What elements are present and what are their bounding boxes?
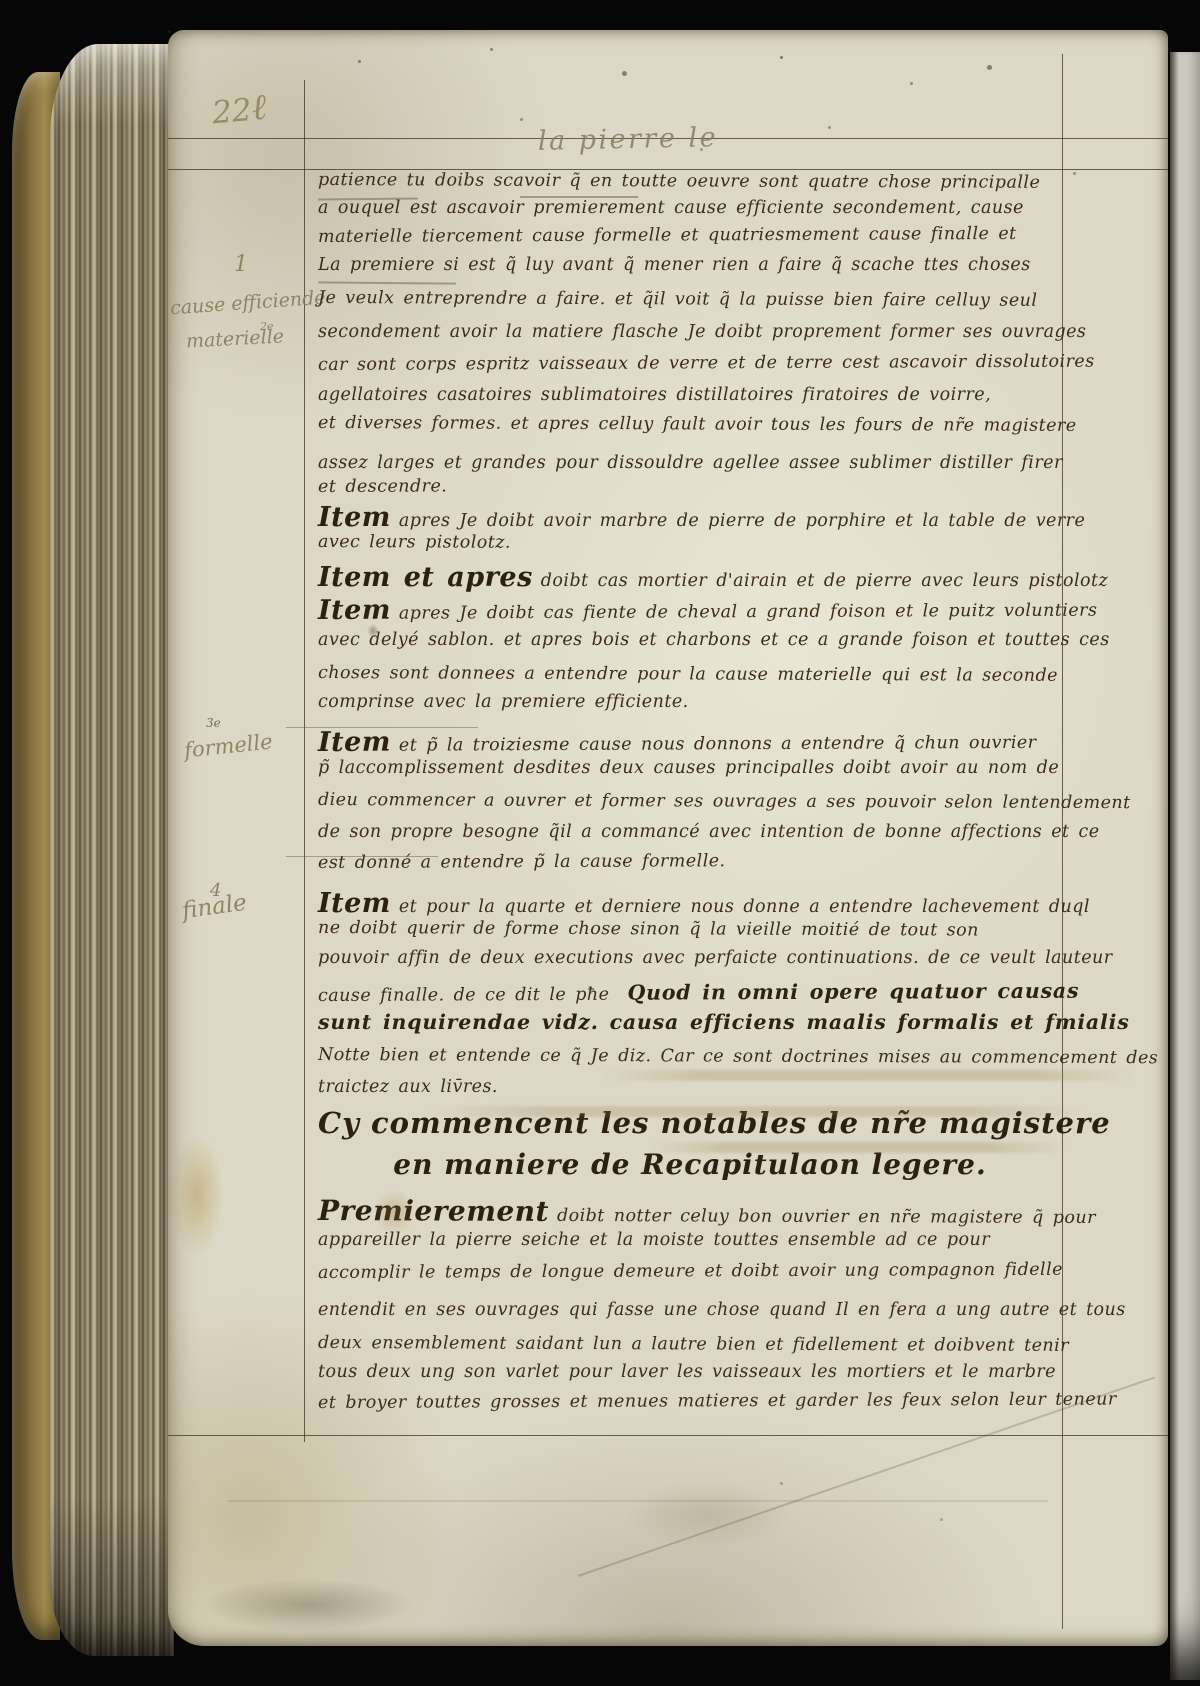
manuscript-photo: 22ℓ la pierre le 1 cause efficiende 2e m… [0, 0, 1200, 1686]
manuscript-line: et broyer touttes grosses et menues mati… [318, 1392, 1117, 1413]
manuscript-line: Item et apresdoibt cas mortier d'airain … [318, 564, 1108, 591]
manuscript-line: cause finalle. de ce dit le pħe Quod in … [318, 981, 1079, 1006]
manuscript-line: choses sont donnees a entendre pour la c… [318, 665, 1058, 685]
manuscript-line: patience tu doibs scavoir q̃ en toutte o… [318, 172, 1040, 192]
manuscript-line: appareiller la pierre seiche et la moist… [318, 1232, 990, 1250]
manuscript-line: materielle tiercement cause formelle et … [318, 226, 1017, 247]
book-page-stack [50, 44, 174, 1656]
item-initial: Item [318, 727, 391, 758]
section-heading-line-2: en maniere de Recapitulaon legere. [318, 1148, 1062, 1181]
manuscript-line: car sont corps espritz vaisseaux de verr… [318, 354, 1095, 375]
page-crease [228, 1500, 1048, 1502]
underline-mark [520, 196, 638, 198]
manuscript-line: Notte bien et entende ce q̃ Je diz. Car … [318, 1047, 1158, 1068]
item-initial: Item [318, 595, 391, 626]
manuscript-line: avec delyé sablon. et apres bois et char… [318, 632, 1110, 650]
manuscript-line: assez larges et grandes pour dissouldre … [318, 455, 1063, 473]
manuscript-line: et diverses formes. et apres celluy faul… [318, 415, 1077, 435]
item-initial: Item et apres [318, 562, 533, 593]
manuscript-line: tous deux ung son varlet pour laver les … [318, 1364, 1056, 1382]
manuscript-line: p̃ laccomplissement desdites deux causes… [318, 760, 1059, 778]
manuscript-line: et descendre. [318, 478, 447, 496]
manuscript-line: ne doibt querir de forme chose sinon q̃ … [318, 920, 979, 940]
manuscript-line: Itemapres Je doibt cas fiente de cheval … [318, 594, 1098, 624]
manuscript-line: a ouquel est ascavoir premierement cause… [318, 200, 1024, 218]
manuscript-line: est donné a entendre p̃ la cause formell… [318, 853, 726, 872]
manuscript-line: avec leurs pistolotz. [318, 534, 511, 552]
item-initial: Item [318, 888, 391, 919]
manuscript-line: pouvoir affin de deux executions avec pe… [318, 950, 1113, 968]
manuscript-line: comprinse avec la premiere efficiente. [318, 694, 689, 712]
manuscript-line: secondement avoir la matiere flasche Je … [318, 324, 1086, 342]
item-initial: Item [318, 502, 391, 533]
manuscript-line: Itemet pour la quarte et derniere nous d… [318, 890, 1090, 917]
manuscript-line: de son propre besogne q̃il a commancé av… [318, 824, 1100, 842]
ink-speckles [168, 30, 171, 33]
manuscript-line: entendit en ses ouvrages qui fasse une c… [318, 1302, 1126, 1320]
manuscript-line: dieu commencer a ouvrer et former ses ou… [318, 792, 1131, 813]
premierement-initial: Premierement [318, 1194, 549, 1228]
manuscript-page: 22ℓ la pierre le 1 cause efficiende 2e m… [168, 30, 1168, 1646]
manuscript-line: Itemapres Je doibt avoir marbre de pierr… [318, 504, 1085, 531]
section-heading-line-1: Cy commencent les notables de nr̃e magis… [318, 1106, 1062, 1140]
manuscript-line: agellatoires casatoires sublimatoires di… [318, 387, 991, 405]
manuscript-line: deux ensemblement saidant lun a lautre b… [318, 1335, 1069, 1355]
manuscript-line: accomplir le temps de longue demeure et … [318, 1262, 1063, 1283]
manuscript-line: Itemet p̃ la troiziesme cause nous donno… [318, 726, 1037, 756]
latin-quote: Quod in omni opere quatuor causas [627, 979, 1079, 1005]
next-page-edge [1170, 52, 1200, 1680]
manuscript-line: traictez aux liv̄res. [318, 1079, 498, 1097]
manuscript-line: Premierementdoibt notter celuy bon ouvri… [318, 1197, 1096, 1228]
latin-quote-line: sunt inquirendae vidz. causa efficiens m… [318, 1012, 1130, 1033]
text-block: patience tu doibs scavoir q̃ en toutte o… [168, 30, 1168, 1646]
manuscript-line: Je veulx entreprendre a faire. et q̃il v… [318, 290, 1037, 310]
manuscript-line: La premiere si est q̃ luy avant q̃ mener… [318, 257, 1031, 275]
